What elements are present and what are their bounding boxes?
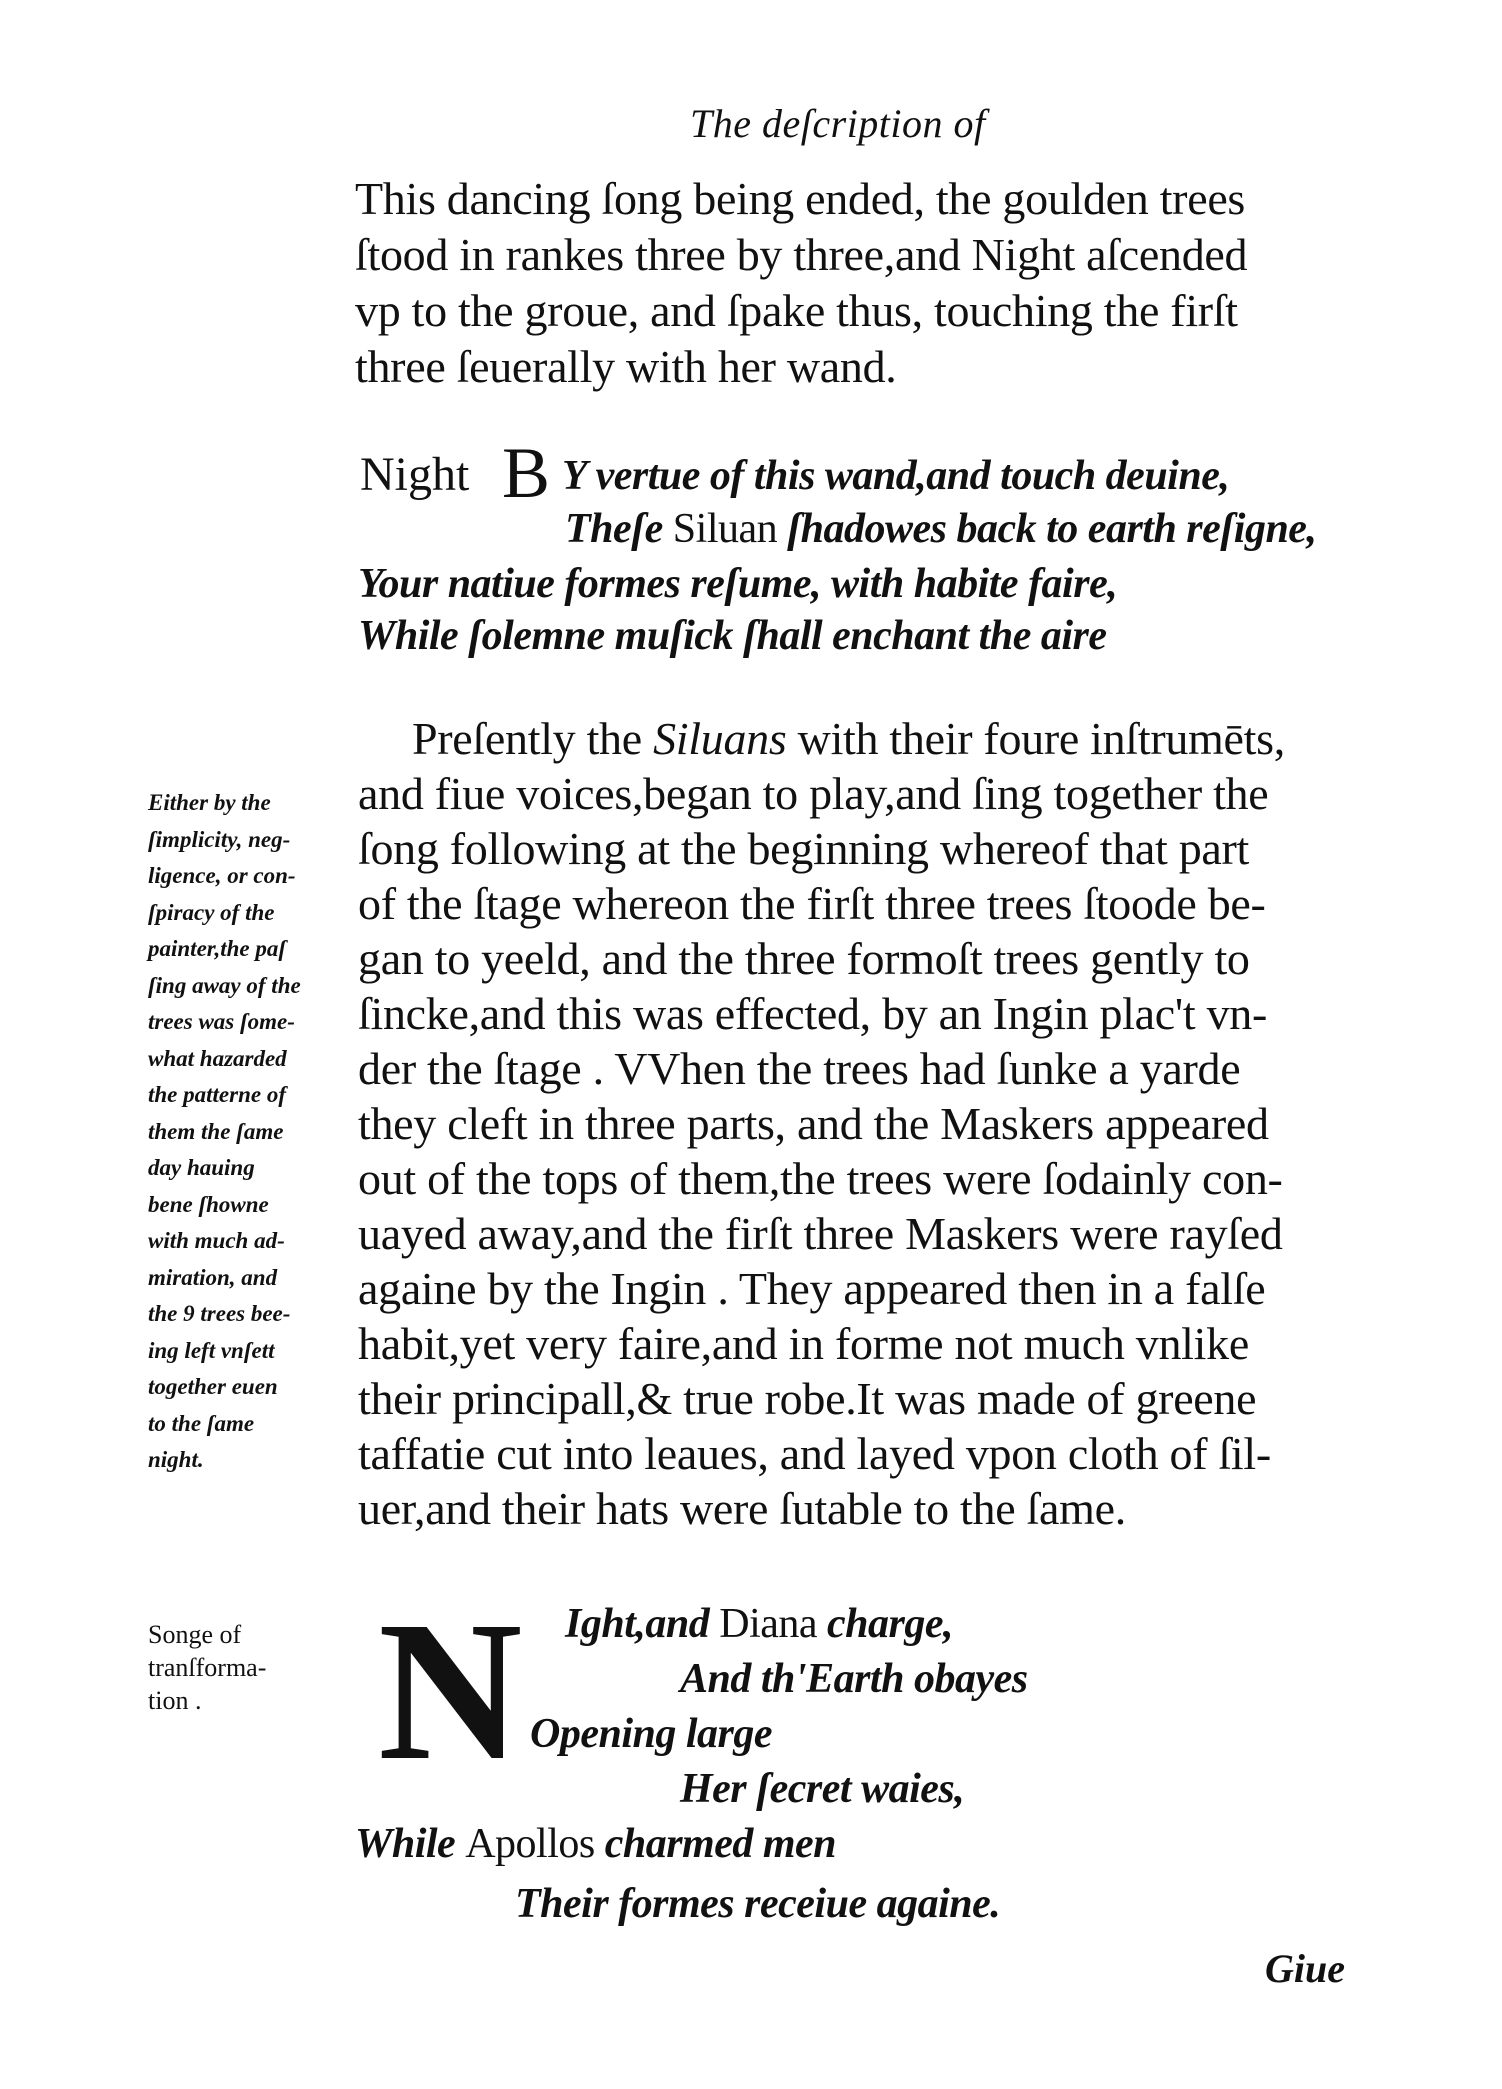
- verse-word-roman: Siluan: [663, 506, 787, 552]
- text-line: Preſently the Siluans with their foure i…: [412, 712, 1285, 765]
- note-line: trees was ſome-: [148, 1004, 301, 1041]
- text-line: they cleft in three parts, and the Maske…: [358, 1097, 1269, 1150]
- text-line: habit,yet very faire,and in forme not mu…: [358, 1317, 1249, 1370]
- text-line: This dancing ſong being ended, the gould…: [355, 172, 1245, 225]
- note-line: ſimplicity, neg-: [148, 822, 301, 859]
- text-line: of the ſtage whereon the firſt three tre…: [358, 877, 1266, 930]
- note-line: the patterne of: [148, 1077, 301, 1114]
- note-line: together euen: [148, 1369, 301, 1406]
- text-line: taffatie cut into leaues, and layed vpon…: [358, 1427, 1271, 1480]
- text-span: with their foure inſtrumēts,: [786, 713, 1284, 764]
- drop-cap-n: N: [378, 1592, 522, 1792]
- note-line: bene ſhowne: [148, 1187, 301, 1224]
- note-line: Either by the: [148, 785, 301, 822]
- text-line: their principall,& true robe.It was made…: [358, 1372, 1256, 1425]
- text-line: ſtood in rankes three by three,and Night…: [355, 228, 1247, 281]
- verse-line: While ſolemne muſick ſhall enchant the a…: [358, 612, 1107, 660]
- verse-span-roman: Apollos: [465, 1821, 595, 1867]
- verse-line: Ight,and Diana charge,: [565, 1600, 953, 1648]
- speaker-label: Night: [360, 447, 469, 502]
- text-line: uayed away,and the firſt three Maskers w…: [358, 1207, 1283, 1260]
- note-line: miration, and: [148, 1260, 301, 1297]
- verse-line: Y vertue of this wand,and touch deuine,: [562, 452, 1229, 500]
- note-line: ligence, or con-: [148, 858, 301, 895]
- verse-line: Their formes receiue againe.: [515, 1880, 1000, 1928]
- text-line: ſong following at the beginning whereof …: [358, 822, 1249, 875]
- verse-line: And th'Earth obayes: [680, 1655, 1028, 1703]
- text-line: againe by the Ingin . They appeared then…: [358, 1262, 1265, 1315]
- verse-span-roman: Diana: [719, 1601, 817, 1647]
- note-line: night.: [148, 1442, 301, 1479]
- note-line: ſpiracy of the: [148, 895, 301, 932]
- text-line: uer,and their hats were ſutable to the ſ…: [358, 1482, 1126, 1535]
- verse-line: Opening large: [530, 1710, 772, 1758]
- drop-cap-b: B: [502, 432, 550, 515]
- verse-line: Her ſecret waies,: [680, 1765, 964, 1813]
- note-line: them the ſame: [148, 1114, 301, 1151]
- text-line: out of the tops of them,the trees were ſ…: [358, 1152, 1283, 1205]
- note-line: with much ad-: [148, 1223, 301, 1260]
- verse-line: Theſe Siluan ſhadowes back to earth reſi…: [565, 505, 1316, 553]
- text-line: gan to yeeld, and the three formoſt tree…: [358, 932, 1250, 985]
- verse-line: Your natiue formes reſume, with habite f…: [358, 560, 1117, 608]
- catchword: Giue: [1265, 1945, 1345, 1992]
- note-line: to the ſame: [148, 1406, 301, 1443]
- verse-span: While: [355, 1821, 465, 1867]
- running-head: The deſcription of: [690, 100, 986, 147]
- margin-note-painter: Either by the ſimplicity, neg- ligence, …: [148, 785, 301, 1479]
- note-line: the 9 trees bee-: [148, 1296, 301, 1333]
- text-line: vp to the groue, and ſpake thus, touchin…: [355, 284, 1238, 337]
- text-span-italic: Siluans: [653, 713, 786, 764]
- verse-span: charmed men: [595, 1821, 836, 1867]
- note-line: Songe of: [148, 1618, 266, 1651]
- text-line: and fiue voices,began to play,and ſing t…: [358, 767, 1268, 820]
- verse-span: charge,: [817, 1601, 953, 1647]
- margin-note-song-title: Songe of tranſforma- tion .: [148, 1618, 266, 1717]
- text-line: ſincke,and this was effected, by an Ingi…: [358, 987, 1267, 1040]
- note-line: ing left vnſett: [148, 1333, 301, 1370]
- note-line: tion .: [148, 1684, 266, 1717]
- note-line: ſing away of the: [148, 968, 301, 1005]
- note-line: day hauing: [148, 1150, 301, 1187]
- verse-span: Ight,and: [565, 1601, 719, 1647]
- text-span: Preſently the: [412, 713, 653, 764]
- verse-word: ſhadowes back to earth reſigne,: [787, 506, 1316, 552]
- verse-line: While Apollos charmed men: [355, 1820, 836, 1868]
- note-line: tranſforma-: [148, 1651, 266, 1684]
- text-line: der the ſtage . VVhen the trees had ſunk…: [358, 1042, 1240, 1095]
- verse-word: Theſe: [565, 506, 663, 552]
- note-line: what hazarded: [148, 1041, 301, 1078]
- text-line: three ſeuerally with her wand.: [355, 340, 897, 393]
- note-line: painter,the paſ: [148, 931, 301, 968]
